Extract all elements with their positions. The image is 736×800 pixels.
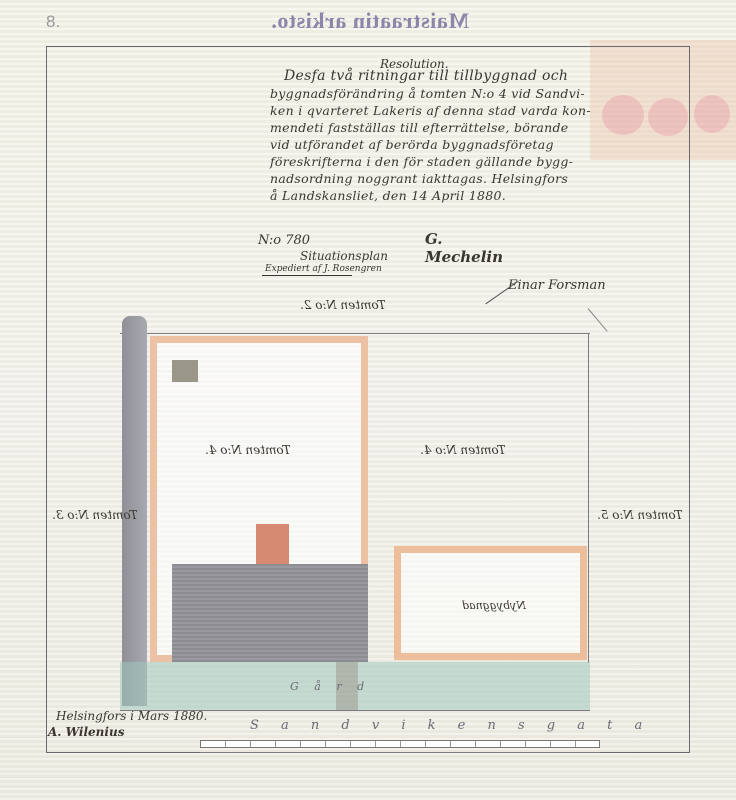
resolution-line: å Landskansliet, den 14 April 1880. xyxy=(270,187,600,204)
archive-stamp: Maistraatin arkisto. xyxy=(190,8,550,34)
signature-place-date: Helsingfors i Mars 1880. xyxy=(48,708,207,724)
office-stamp: Situationsplan xyxy=(300,249,388,263)
yard-label: G å r d xyxy=(290,680,370,693)
lot-label-left-plot: Tomten N:o 4. xyxy=(205,443,291,458)
resolution-line: byggnadsförändring å tomten N:o 4 vid Sa… xyxy=(270,85,600,102)
signature-secretary: Einar Forsman xyxy=(508,278,606,293)
resolution-line: vid utförandet af berörda byggnadsföreta… xyxy=(270,136,600,153)
brick-annex xyxy=(256,524,289,564)
lot-label-top: Tomten N:o 2. xyxy=(300,298,386,313)
lot-label-right-plot: Tomten N:o 4. xyxy=(420,443,506,458)
lot-label-west: Tomten N:o 3. xyxy=(52,508,138,523)
lot-label-east: Tomten N:o 5. xyxy=(597,508,683,523)
scale-baseline xyxy=(200,752,600,753)
chimney xyxy=(172,360,198,382)
resolution-line: föreskrifterna i den för staden gällande… xyxy=(270,153,600,170)
resolution-line: nadsordning noggrant iakttagas. Helsingf… xyxy=(270,170,600,187)
lot-boundary-right xyxy=(588,333,589,663)
document-number: N:o 780 xyxy=(258,233,310,248)
underline xyxy=(262,275,352,276)
signature-name: A. Wilenius xyxy=(48,724,207,740)
stone-building xyxy=(172,564,368,662)
seal-icon xyxy=(694,95,730,133)
page-number: 8. xyxy=(46,12,60,32)
office-expedition: Expediert af J. Rosengren xyxy=(265,264,382,274)
lot-boundary-top xyxy=(120,333,590,334)
scale-bar xyxy=(200,740,600,748)
resolution-line: Desfa två ritningar till tillbyggnad och xyxy=(270,68,600,85)
street-label: S a n d v i k e n s g a t a xyxy=(250,718,651,733)
resolution-line: mendeti fastställas till efterrättelse, … xyxy=(270,119,600,136)
new-building-label: Nybyggnad xyxy=(462,599,526,612)
resolution-text: Desfa två ritningar till tillbyggnad och… xyxy=(270,68,600,204)
architect-signature: Helsingfors i Mars 1880. A. Wilenius xyxy=(48,708,207,740)
resolution-line: ken i qvarteret Lakeris af denna stad va… xyxy=(270,102,600,119)
signature-governor: G. Mechelin xyxy=(425,230,505,270)
